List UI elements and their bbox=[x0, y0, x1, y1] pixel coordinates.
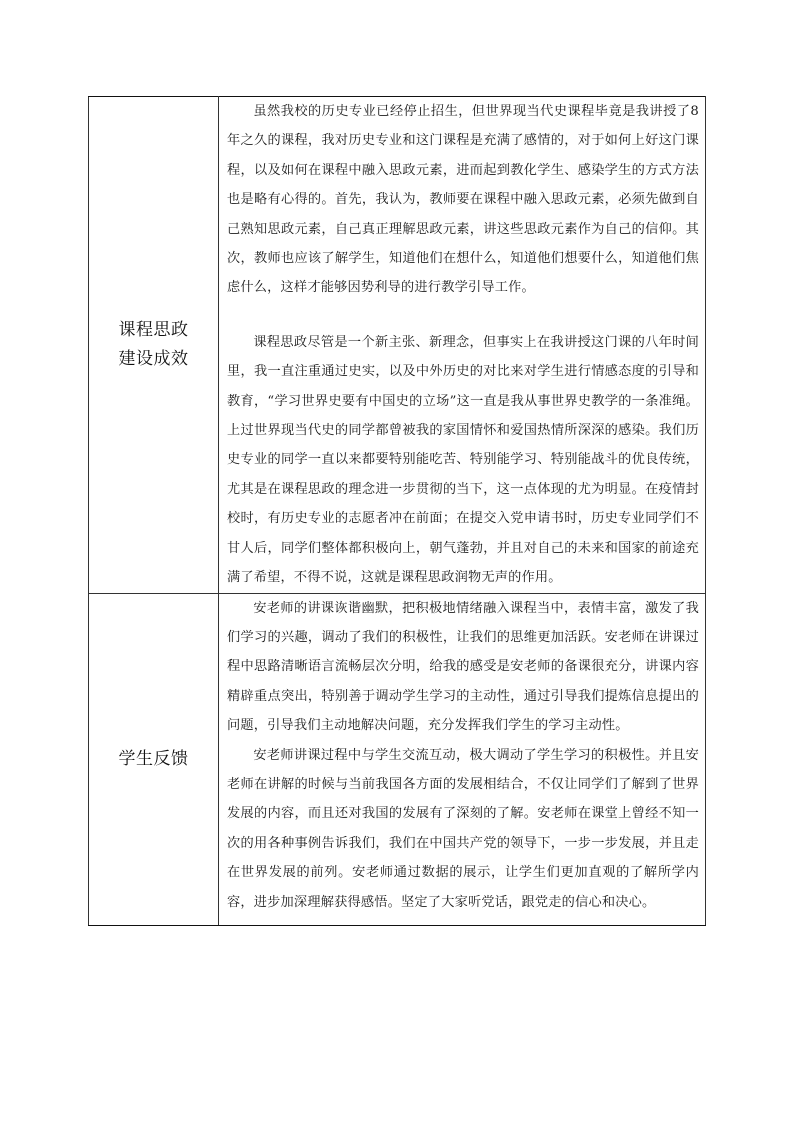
row-label-cell: 课程思政 建设成效 bbox=[89, 97, 219, 594]
table-row-course-ideology: 课程思政 建设成效 虽然我校的历史专业已经停止招生，但世界现当代史课程毕竟是我讲… bbox=[89, 97, 706, 594]
row-label-line: 课程思政 bbox=[119, 320, 189, 340]
table-row-student-feedback: 学生反馈 安老师的讲课诙谐幽默，把积极地情绪融入课程当中，表情丰富，激发了我们学… bbox=[89, 593, 706, 925]
row-content-cell: 虽然我校的历史专业已经停止招生，但世界现当代史课程毕竟是我讲授了8 年之久的课程… bbox=[219, 97, 706, 594]
row-label: 学生反馈 bbox=[114, 745, 194, 774]
evaluation-table: 课程思政 建设成效 虽然我校的历史专业已经停止招生，但世界现当代史课程毕竟是我讲… bbox=[88, 96, 706, 926]
row-label-line: 建设成效 bbox=[119, 349, 189, 369]
row-label-line: 学生反馈 bbox=[119, 749, 189, 769]
paragraph: 虽然我校的历史专业已经停止招生，但世界现当代史课程毕竟是我讲授了8 年之久的课程… bbox=[227, 97, 699, 303]
paragraph: 安老师的讲课诙谐幽默，把积极地情绪融入课程当中，表情丰富，激发了我们学习的兴趣，… bbox=[227, 594, 699, 741]
paragraph: 安老师讲课过程中与学生交流互动，极大调动了学生学习的积极性。并且安老师在讲解的时… bbox=[227, 741, 699, 917]
paragraph-spacer bbox=[227, 303, 699, 328]
row-content-cell: 安老师的讲课诙谐幽默，把积极地情绪融入课程当中，表情丰富，激发了我们学习的兴趣，… bbox=[219, 593, 706, 925]
row-label: 课程思政 建设成效 bbox=[114, 316, 194, 374]
row-label-cell: 学生反馈 bbox=[89, 593, 219, 925]
paragraph: 课程思政尽管是一个新主张、新理念，但事实上在我讲授这门课的八年时间里，我一直注重… bbox=[227, 328, 699, 593]
